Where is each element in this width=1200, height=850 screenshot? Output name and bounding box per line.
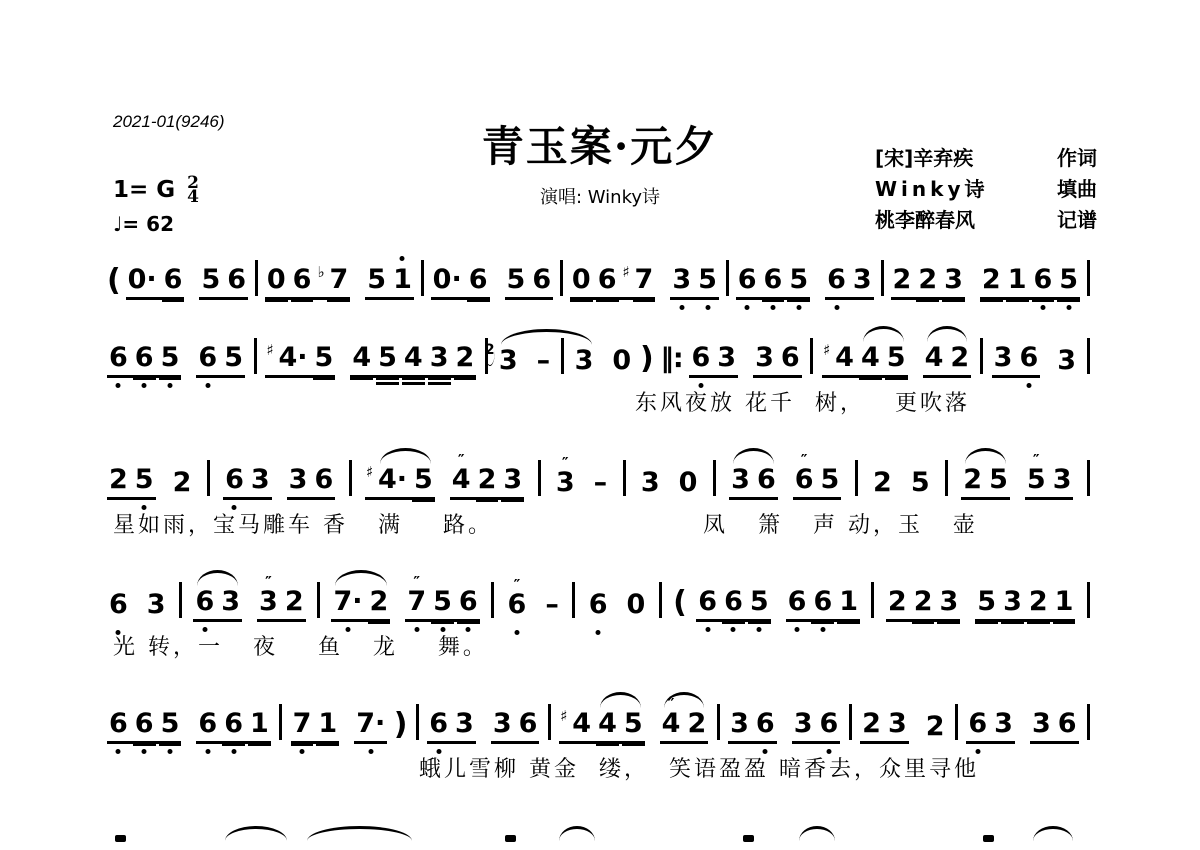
note: 6 [195, 587, 214, 616]
note: 0 [572, 265, 591, 294]
lyrics-row: 光 转，一 夜 鱼 龙 舞。 [107, 626, 1092, 666]
low-octave-dot [796, 305, 801, 310]
note: 3 [731, 465, 750, 494]
note: 3 [289, 465, 308, 494]
measure: 252 [107, 465, 193, 500]
beam-line [428, 377, 451, 380]
note: 5 [135, 465, 154, 494]
measure: 232 [860, 709, 946, 744]
beam-group: 2165 [980, 265, 1080, 300]
note: 2 [285, 587, 304, 616]
note: 2 [173, 468, 192, 497]
note: 5 [789, 265, 808, 294]
sheet-music-page: 2021-01(9246) 青玉案·元夕 演唱: Winky诗 [宋]辛弃疾 作… [0, 0, 1200, 850]
note: 3 [755, 343, 774, 372]
credit-role: 填曲 [1057, 174, 1097, 205]
note: 3 [730, 709, 749, 738]
beam-line [1032, 299, 1055, 302]
note: 6 [519, 709, 538, 738]
barline [179, 582, 182, 618]
beam-group: 56 [505, 265, 554, 300]
beam-group: 4″2 [660, 709, 709, 744]
barline [317, 582, 320, 618]
note: 2 [888, 587, 907, 616]
note: 7″ [407, 587, 426, 616]
system: (0·656067♭510·656067♯35665632232165 [107, 252, 1092, 300]
note: 3 [575, 346, 594, 375]
beam-group: 25 [107, 465, 156, 500]
note: 5 [414, 465, 433, 494]
measure: 6336 [966, 709, 1078, 744]
note: 6″ [795, 465, 814, 494]
measure: 63 [107, 590, 168, 622]
clipped-note-top [743, 835, 754, 842]
low-octave-dot [1040, 305, 1045, 310]
tempo-marking: ♩= 62 [113, 212, 199, 236]
partial-next-system [107, 826, 1092, 842]
system: 25263364·♯54″233″–30366″525255″3星如雨，宝马雕车… [107, 452, 1092, 544]
note: 3″ [259, 587, 278, 616]
note: 6 [469, 265, 488, 294]
barline [548, 704, 551, 740]
tie-arc [335, 570, 387, 586]
beam-group: 7″56 [405, 587, 479, 622]
note: 3 [994, 709, 1013, 738]
credit-name: [宋]辛弃疾 [875, 143, 973, 174]
measure: 255″3 [961, 465, 1073, 500]
credit-role: 作词 [1057, 143, 1097, 174]
beam-line [633, 299, 656, 302]
beam-line [476, 499, 499, 502]
lyrics-row: 星如雨，宝马雕车 香 满 路。凤 箫 声 动，玉 壶 [107, 504, 1092, 544]
low-octave-dot [770, 305, 775, 310]
beam-line [596, 743, 619, 746]
measure: 66563 [736, 265, 874, 300]
note: 3 [455, 709, 474, 738]
note: 6 [589, 590, 608, 619]
note: 2 [456, 343, 475, 372]
note: 7· [356, 709, 385, 738]
beam-line [316, 743, 339, 746]
measure: 6336 [427, 709, 539, 744]
note: 0 [267, 265, 286, 294]
beam-line [975, 621, 998, 624]
beam-group: 7·2 [331, 587, 390, 622]
barline [255, 260, 258, 296]
note: 2 [914, 587, 933, 616]
beam-line [454, 377, 477, 380]
note: 3 [1053, 465, 1072, 494]
note: 5 [161, 343, 180, 372]
beam-line [222, 743, 245, 746]
barline [416, 704, 419, 740]
mordent-icon: ″ [458, 446, 465, 475]
beam-group: 63 [427, 709, 476, 744]
measure: 067♭51 [265, 265, 414, 300]
note: 7♯ [635, 265, 654, 294]
sharp-icon: ♯ [560, 702, 567, 731]
beam-group: 661 [196, 709, 270, 744]
beam-group: 067♯ [570, 265, 655, 300]
measure: 7·27″56 [331, 587, 479, 622]
credit-composer: Winky诗 填曲 [875, 174, 1097, 205]
beam-line [787, 299, 810, 302]
note: 6 [429, 709, 448, 738]
measure: 3″– [554, 468, 609, 500]
sharp-icon: ♯ [823, 336, 830, 365]
beam-line [265, 299, 288, 302]
beam-line [1027, 621, 1050, 624]
sharp-icon: ♯ [623, 258, 630, 287]
measure: 32– [497, 346, 552, 378]
credit-name: 桃李醉春风 [875, 205, 975, 236]
note: 5 [161, 709, 180, 738]
note: 3 [1003, 587, 1022, 616]
note: 6 [293, 265, 312, 294]
barline [1087, 582, 1090, 618]
note: 3 [641, 468, 660, 497]
beam-group: 25 [961, 465, 1010, 500]
credit-transcriber: 桃李醉春风 记谱 [875, 205, 1097, 236]
note: 0· [433, 265, 462, 294]
score: (0·656067♭510·656067♯3566563223216566565… [107, 252, 1092, 842]
beam-group: 45432 [350, 343, 476, 378]
barline [810, 338, 813, 374]
note-group: 5 [909, 468, 932, 500]
beam-line [1053, 621, 1076, 624]
barline [871, 582, 874, 618]
beam-line [133, 743, 156, 746]
notes-row: 63633″27·27″566″–60(6656612235321 [107, 574, 1092, 622]
note: 5 [750, 587, 769, 616]
note: 6 [314, 465, 333, 494]
note: 5 [507, 265, 526, 294]
beam-group: 63 [223, 465, 272, 500]
low-octave-dot [834, 305, 839, 310]
note-group: 0 [677, 468, 700, 500]
time-denominator: 4 [187, 190, 199, 204]
beam-group: 65 [196, 343, 245, 378]
measure: 0·656 [431, 265, 553, 300]
beam-group: 665 [696, 587, 770, 622]
system: 665661717·)63364♯454″236362326336蛾儿雪柳 黄金… [107, 696, 1092, 788]
notes-row: 665654·♯54543232–30)‖:63364♯4542363 [107, 330, 1092, 378]
beam-group: 665 [107, 343, 181, 378]
note: 2 [918, 265, 937, 294]
note: 4 [861, 343, 880, 372]
note: – [537, 346, 551, 375]
beam-line [412, 499, 435, 502]
barline [945, 460, 948, 496]
barline [207, 460, 210, 496]
note: 4·♯ [378, 465, 407, 494]
note: 5 [201, 265, 220, 294]
note: 5 [367, 265, 386, 294]
beam-group: 3″2 [257, 587, 306, 622]
lyrics-segment: 凤 箫 声 动，玉 壶 [703, 508, 978, 539]
repeat-start-sign: ‖: [660, 344, 682, 374]
beam-line [596, 299, 619, 302]
barline [421, 260, 424, 296]
beam-group: 665 [736, 265, 810, 300]
tie-arc [799, 826, 835, 841]
beam-group: 63 [825, 265, 874, 300]
measure: 067♯35 [570, 265, 719, 300]
measure: 2232165 [891, 265, 1081, 300]
notes-row: 25263364·♯54″233″–30366″525255″3 [107, 452, 1092, 500]
note: 3 [888, 709, 907, 738]
beam-group: 0·6 [431, 265, 490, 300]
measure: 665661 [107, 709, 271, 744]
beam-group: 36 [792, 709, 841, 744]
note: 3 [794, 709, 813, 738]
tie-arc [197, 570, 238, 586]
note-group: 0 [624, 590, 647, 622]
measure: 30 [573, 346, 634, 378]
note: 5 [698, 265, 717, 294]
low-octave-dot [1066, 305, 1071, 310]
barline [659, 582, 662, 618]
note: 6 [532, 265, 551, 294]
note-group: 3 [1055, 346, 1078, 378]
low-octave-dot [745, 305, 750, 310]
note: 7· [333, 587, 362, 616]
note: 0 [626, 590, 645, 619]
note: 6 [1019, 343, 1038, 372]
note: 2 [862, 709, 881, 738]
note: 6 [788, 587, 807, 616]
note-group: – [535, 346, 553, 378]
barline [855, 460, 858, 496]
beam-group: 63 [689, 343, 738, 378]
beam-group: 5321 [975, 587, 1075, 622]
measure: 2235321 [886, 587, 1076, 622]
open-paren: ( [107, 266, 121, 296]
barline [1087, 260, 1090, 296]
note: 3 [1057, 346, 1076, 375]
measure: 0·656 [126, 265, 248, 300]
beam-group: 42 [923, 343, 972, 378]
note: 5 [433, 587, 452, 616]
beam-line [748, 621, 771, 624]
beam-line [859, 377, 882, 380]
note: 1 [1055, 587, 1074, 616]
barline [279, 704, 282, 740]
mordent-icon: ″ [562, 449, 569, 478]
beam-line [327, 299, 350, 302]
barline [623, 460, 626, 496]
note-group: 3 [639, 468, 662, 500]
beam-group: 0·6 [126, 265, 185, 300]
measure: 3636 [728, 709, 840, 744]
beam-group: 067♭ [265, 265, 350, 300]
note: 1 [250, 709, 269, 738]
measure: 6336 [223, 465, 335, 500]
note: 6 [827, 265, 846, 294]
barline [1087, 704, 1090, 740]
note: 4″ [452, 465, 471, 494]
open-paren: ( [673, 588, 687, 618]
measure: 4♯454″2 [559, 709, 708, 744]
lyrics-row: 东风夜放 花千 树， 更吹落 [107, 382, 1092, 422]
note: 3 [430, 343, 449, 372]
measure: 4·♯54″23 [365, 465, 524, 500]
close-paren: ) [394, 710, 408, 740]
beam-line [722, 621, 745, 624]
note: 6 [691, 343, 710, 372]
beam-group: 223 [891, 265, 965, 300]
flat-icon: ♭ [317, 258, 324, 287]
beam-line [1057, 299, 1080, 302]
barline [1087, 460, 1090, 496]
beam-group: 63 [966, 709, 1015, 744]
measure: 4·♯545432 [265, 343, 476, 378]
barline [538, 460, 541, 496]
note: 6 [598, 265, 617, 294]
note: 5 [624, 709, 643, 738]
beam-group: 23 [860, 709, 909, 744]
note: 5 [911, 468, 930, 497]
beam-group: 4·♯5 [265, 343, 335, 378]
key-tempo-block: 1= G 2 4 ♩= 62 [113, 176, 199, 236]
note: 6 [198, 343, 217, 372]
note: – [545, 590, 559, 619]
note-group: 6 [107, 590, 130, 622]
note: 2 [873, 468, 892, 497]
note: 6 [756, 709, 775, 738]
mordent-icon: ″ [514, 571, 521, 600]
tie-arc [380, 448, 431, 464]
note: 6 [724, 587, 743, 616]
tie-arc [863, 326, 904, 342]
note: 3 [221, 587, 240, 616]
note: 6 [164, 265, 183, 294]
beam-line [570, 299, 593, 302]
beam-group: 36 [992, 343, 1041, 378]
close-paren: ) [640, 344, 654, 374]
clipped-note-top [115, 835, 126, 842]
note-group: – [543, 590, 561, 622]
beam-line [162, 299, 185, 302]
note: 5 [315, 343, 334, 372]
note: 2 [926, 712, 945, 741]
barline [491, 582, 494, 618]
note: 6 [135, 343, 154, 372]
note: 2 [893, 265, 912, 294]
beam-group: 661 [786, 587, 860, 622]
note-group: 6 [587, 590, 610, 622]
beam-group: 7· [354, 709, 387, 744]
note: 3 [1032, 709, 1051, 738]
note: 6″ [508, 590, 527, 619]
beam-line [402, 377, 425, 380]
note: 5 [224, 343, 243, 372]
note: 3 [147, 590, 166, 619]
tie-arc [600, 692, 641, 708]
mordent-icon: ″ [413, 568, 420, 597]
beam-group: 36 [1030, 709, 1079, 744]
lyrics-segment: 光 转，一 夜 鱼 龙 舞。 [113, 630, 488, 661]
note: 6 [764, 265, 783, 294]
notes-row: (0·656067♭510·656067♯35665632232165 [107, 252, 1092, 300]
tie-arc [501, 329, 592, 345]
barline [560, 260, 563, 296]
beam-group: 4″23 [450, 465, 524, 500]
beam-group: 71 [291, 709, 340, 744]
beam-line [133, 377, 156, 380]
measure: 25 [871, 468, 932, 500]
barline [1087, 338, 1090, 374]
note: 2 [950, 343, 969, 372]
note: 2 [1029, 587, 1048, 616]
beam-group: 223 [886, 587, 960, 622]
note: 5 [887, 343, 906, 372]
note: 4 [598, 709, 617, 738]
lyrics-segment: 蛾儿雪柳 黄金 缕， 笑语盈盈 暗香去，众里寻他 [419, 752, 979, 783]
note: 5 [977, 587, 996, 616]
note: 4♯ [572, 709, 591, 738]
note: 7♭ [329, 265, 348, 294]
beam-group: 4·♯5 [365, 465, 435, 500]
note: 3 [251, 465, 270, 494]
beam-line [980, 299, 1003, 302]
beam-line [811, 621, 834, 624]
note: 1 [1008, 265, 1027, 294]
note: 0 [679, 468, 698, 497]
clipped-note-top [983, 835, 994, 842]
note: 5″ [1027, 465, 1046, 494]
beam-line [467, 299, 490, 302]
measure: 633″2 [193, 587, 305, 622]
note-group: 0 [610, 346, 633, 378]
measure: 66565 [107, 343, 245, 378]
note: 6 [224, 709, 243, 738]
note: 4·♯ [278, 343, 307, 372]
beam-line [350, 377, 373, 380]
credit-name: Winky诗 [875, 174, 989, 205]
beam-group: 4♯45 [559, 709, 644, 744]
beam-line [248, 743, 271, 746]
beam-line [368, 621, 391, 624]
credit-role: 记谱 [1057, 205, 1097, 236]
beam-line [159, 743, 182, 746]
measure: 665661 [696, 587, 860, 622]
measure: 6″– [506, 590, 561, 622]
beam-line [937, 621, 960, 624]
measure: 4♯4542 [822, 343, 971, 378]
credit-lyricist: [宋]辛弃疾 作词 [875, 143, 1097, 174]
note: 0· [128, 265, 157, 294]
note: 6 [738, 265, 757, 294]
beam-line [291, 299, 314, 302]
note: 0 [612, 346, 631, 375]
note: 6 [109, 590, 128, 619]
beam-line [501, 499, 524, 502]
beam-line [313, 377, 336, 380]
note-group: – [592, 468, 610, 500]
mordent-icon: ″ [265, 568, 272, 597]
beam-line [942, 299, 965, 302]
note: 6 [781, 343, 800, 372]
notes-row: 665661717·)63364♯454″236362326336 [107, 696, 1092, 744]
note-group: 2 [171, 468, 194, 500]
beam-line [291, 743, 314, 746]
beam-line [912, 621, 935, 624]
lyrics-segment: 星如雨，宝马雕车 香 满 路。 [113, 508, 493, 539]
mordent-icon: ″ [801, 446, 808, 475]
note: 6 [968, 709, 987, 738]
note-group: 2 [924, 712, 947, 744]
